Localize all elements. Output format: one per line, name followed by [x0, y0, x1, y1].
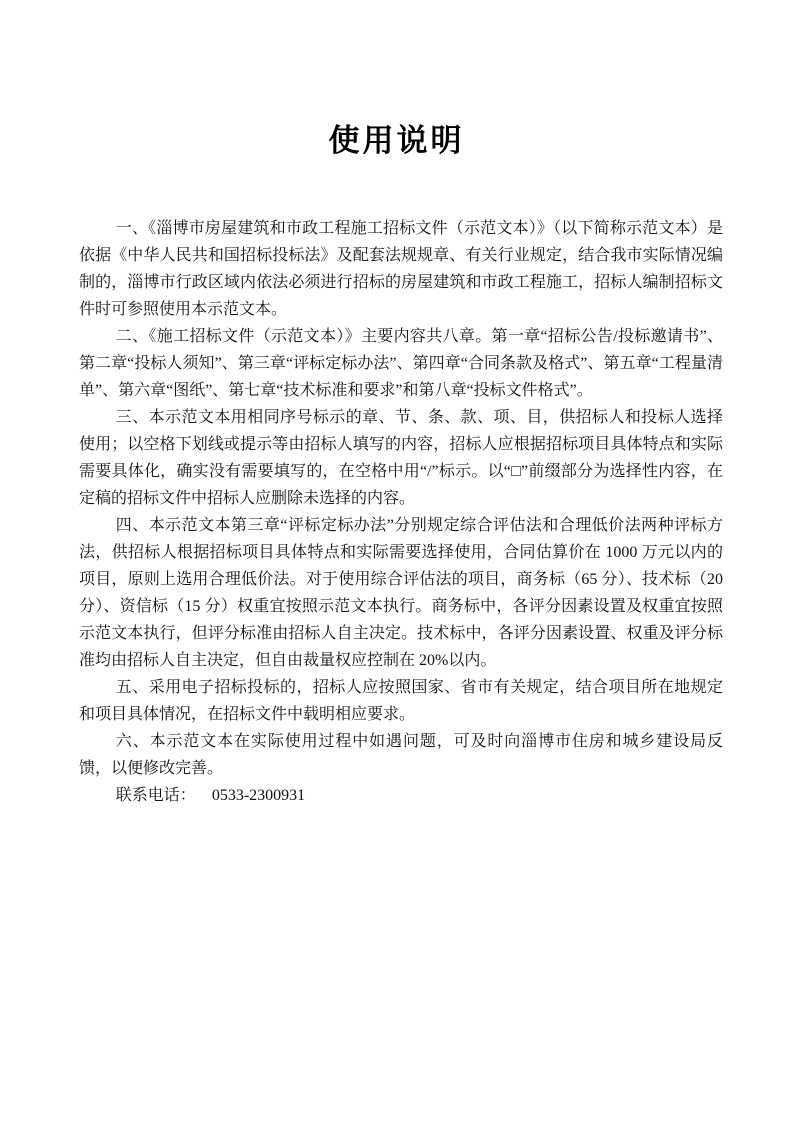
paragraph-2: 二、《施工招标文件（示范文本）》主要内容共八章。第一章“招标公告/投标邀请书”、… [79, 323, 723, 404]
paragraph-6: 六、本示范文本在实际使用过程中如遇问题，可及时向淄博市住房和城乡建设局反馈，以便… [79, 728, 723, 782]
document-body: 一、《淄博市房屋建筑和市政工程施工招标文件（示范文本）》（以下简称示范文本）是依… [0, 161, 793, 809]
page-title: 使用说明 [0, 0, 793, 161]
contact-phone: 0533-2300931 [212, 787, 305, 804]
paragraph-1: 一、《淄博市房屋建筑和市政工程施工招标文件（示范文本）》（以下简称示范文本）是依… [79, 215, 723, 323]
paragraph-3: 三、本示范文本用相同序号标示的章、节、条、款、项、目，供招标人和投标人选择使用；… [79, 404, 723, 512]
paragraph-4: 四、本示范文本第三章“评标定标办法”分别规定综合评估法和合理低价法两种评标方法，… [79, 512, 723, 674]
paragraph-5: 五、采用电子招标投标的，招标人应按照国家、省市有关规定，结合项目所在地规定和项目… [79, 674, 723, 728]
contact-label: 联系电话： [116, 787, 196, 804]
document-page: 使用说明 一、《淄博市房屋建筑和市政工程施工招标文件（示范文本）》（以下简称示范… [0, 0, 793, 1122]
contact-line: 联系电话：0533-2300931 [79, 782, 723, 809]
